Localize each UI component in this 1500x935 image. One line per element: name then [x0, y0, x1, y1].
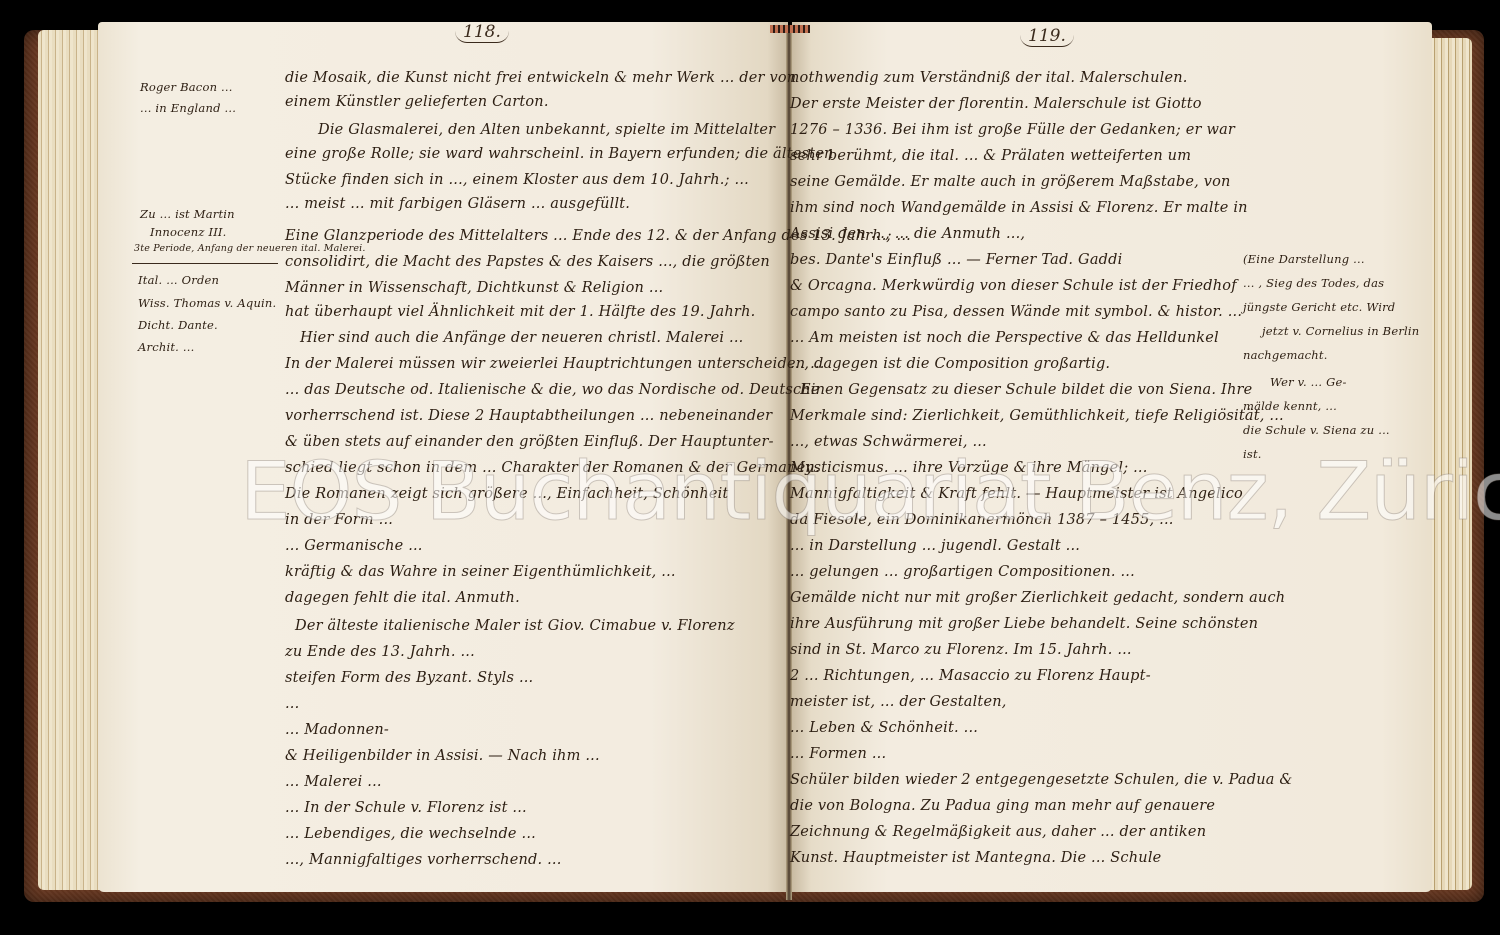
watermark: EOS Buchantiquariat Benz, Zürich — [240, 445, 1340, 538]
margin-note: Ital. ... Orden — [138, 273, 219, 287]
text-line: & Heiligenbilder in Assisi. — Nach ihm .… — [285, 748, 600, 764]
text-line: consolidirt, die Macht des Papstes & des… — [285, 254, 770, 270]
margin-note: 3te Periode, Anfang der neueren ital. Ma… — [134, 243, 366, 254]
margin-note: Wer v. ... Ge- — [1270, 375, 1347, 389]
text-line: 1276 – 1336. Bei ihm ist große Fülle der… — [790, 122, 1235, 138]
text-line: ... Formen ... — [790, 746, 886, 762]
text-line: ... Malerei ... — [285, 774, 382, 790]
text-line: ... meist ... mit farbigen Gläsern ... a… — [285, 196, 630, 212]
text-line: zu Ende des 13. Jahrh. ... — [285, 644, 475, 660]
text-line: ... in Darstellung ... jugendl. Gestalt … — [790, 538, 1080, 554]
text-line: seine Gemälde. Er malte auch in größerem… — [790, 174, 1231, 190]
margin-note: Dicht. Dante. — [138, 318, 218, 332]
text-line: ... Germanische ... — [285, 538, 423, 554]
text-line: Zeichnung & Regelmäßigkeit aus, daher ..… — [790, 824, 1206, 840]
right-page-number: 119. — [1020, 26, 1074, 47]
text-line: campo santo zu Pisa, dessen Wände mit sy… — [790, 304, 1242, 320]
text-line: sehr berühmt, die ital. ... & Prälaten w… — [790, 148, 1191, 164]
text-line: Kunst. Hauptmeister ist Mantegna. Die ..… — [790, 850, 1161, 866]
text-line: ..., dagegen ist die Composition großart… — [790, 356, 1110, 372]
text-line: die Mosaik, die Kunst nicht frei entwick… — [285, 70, 796, 86]
margin-note: mälde kennt, ... — [1243, 399, 1337, 413]
text-line: Die Glasmalerei, den Alten unbekannt, sp… — [318, 122, 775, 138]
margin-note: Roger Bacon ... — [140, 80, 233, 94]
margin-note: die Schule v. Siena zu ... — [1243, 423, 1390, 437]
text-line: kräftig & das Wahre in seiner Eigenthüml… — [285, 564, 676, 580]
text-line: Merkmale sind: Zierlichkeit, Gemüthlichk… — [790, 408, 1284, 424]
margin-note: jüngste Gericht etc. Wird — [1243, 300, 1395, 314]
text-line: ... gelungen ... großartigen Composition… — [790, 564, 1135, 580]
text-line: meister ist, ... der Gestalten, — [790, 694, 1007, 710]
text-line: Gemälde nicht nur mit großer Zierlichkei… — [790, 590, 1285, 606]
text-line: steifen Form des Byzant. Styls ... — [285, 670, 533, 686]
margin-note: Innocenz III. — [150, 225, 227, 239]
text-line: ihre Ausführung mit großer Liebe behande… — [790, 616, 1258, 632]
text-line: ... Madonnen- — [285, 722, 389, 738]
text-line: einem Künstler gelieferten Carton. — [285, 94, 549, 110]
text-line: ... Lebendiges, die wechselnde ... — [285, 826, 536, 842]
margin-note: Wiss. Thomas v. Aquin. — [138, 296, 276, 310]
text-line: Assisi den ..., ... die Anmuth ..., — [790, 226, 1025, 242]
margin-note: nachgemacht. — [1243, 348, 1328, 362]
margin-note: Zu ... ist Martin — [140, 207, 235, 221]
left-page-number: 118. — [455, 22, 509, 43]
text-line: Einen Gegensatz zu dieser Schule bildet … — [800, 382, 1252, 398]
text-line: Schüler bilden wieder 2 entgegengesetzte… — [790, 772, 1293, 788]
text-line: Männer in Wissenschaft, Dichtkunst & Rel… — [285, 280, 663, 296]
text-line: Stücke finden sich in ..., einem Kloster… — [285, 172, 749, 188]
margin-note: Archit. ... — [138, 340, 194, 354]
margin-note: ... , Sieg des Todes, das — [1243, 276, 1384, 290]
text-line: Der erste Meister der florentin. Malersc… — [790, 96, 1202, 112]
text-line: ..., Mannigfaltiges vorherrschend. ... — [285, 852, 562, 868]
text-line: vorherrschend ist. Diese 2 Hauptabtheilu… — [285, 408, 772, 424]
text-line: die von Bologna. Zu Padua ging man mehr … — [790, 798, 1215, 814]
text-line: ... Leben & Schönheit. ... — [790, 720, 978, 736]
text-line: In der Malerei müssen wir zweierlei Haup… — [285, 356, 825, 372]
text-line: & Orcagna. Merkwürdig von dieser Schule … — [790, 278, 1237, 294]
margin-divider — [132, 263, 278, 264]
text-line: dagegen fehlt die ital. Anmuth. — [285, 590, 520, 606]
margin-note: jetzt v. Cornelius in Berlin — [1262, 324, 1419, 338]
margin-note: ... in England ... — [140, 101, 236, 115]
text-line: ... In der Schule v. Florenz ist ... — [285, 800, 527, 816]
text-line: sind in St. Marco zu Florenz. Im 15. Jah… — [790, 642, 1132, 658]
text-line: ihm sind noch Wandgemälde in Assisi & Fl… — [790, 200, 1248, 216]
text-line: 2 ... Richtungen, ... Masaccio zu Floren… — [790, 668, 1151, 684]
text-line: Der älteste italienische Maler ist Giov.… — [295, 618, 735, 634]
text-line: ... Am meisten ist noch die Perspective … — [790, 330, 1219, 346]
margin-note: (Eine Darstellung ... — [1243, 252, 1365, 266]
text-line: eine große Rolle; sie ward wahrscheinl. … — [285, 146, 834, 162]
text-line: hat überhaupt viel Ähnlichkeit mit der 1… — [285, 304, 755, 320]
text-line: Hier sind auch die Anfänge der neueren c… — [300, 330, 743, 346]
text-line: nothwendig zum Verständniß der ital. Mal… — [790, 70, 1188, 86]
text-line: ... — [285, 696, 299, 712]
text-line: bes. Dante's Einfluß ... — Ferner Tad. G… — [790, 252, 1122, 268]
text-line: ... das Deutsche od. Italienische & die,… — [285, 382, 820, 398]
headband — [770, 25, 810, 33]
